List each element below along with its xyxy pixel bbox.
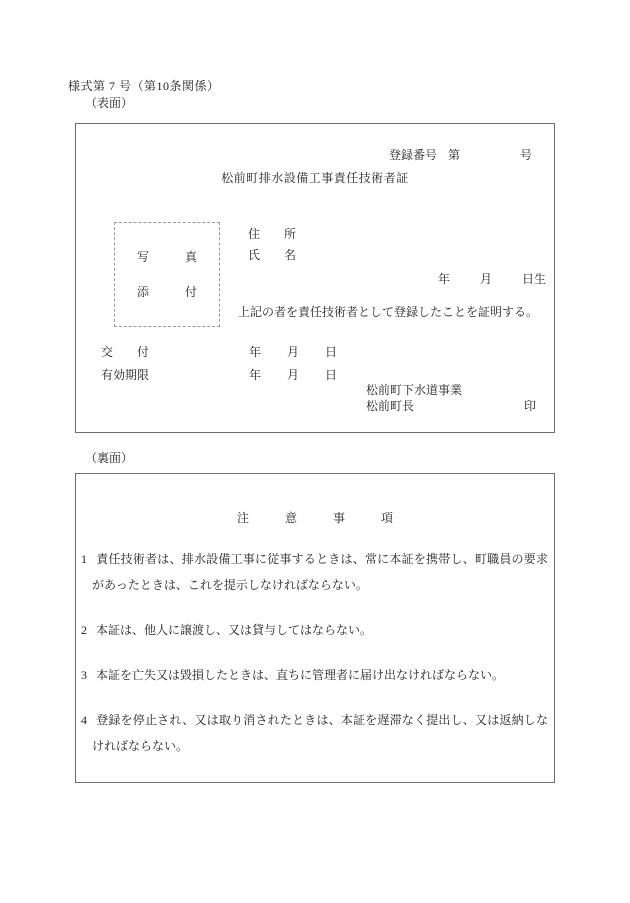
notice-item-2: 2本証は、他人に譲渡し、又は貸与してはならない。 (81, 617, 548, 643)
notice-item-4: 4登録を停止され、又は取り消されたときは、本証を遅滞なく提出し、又は返納しなけれ… (81, 707, 548, 759)
form-number: 様式第 7 号（第10条関係） (68, 78, 220, 94)
issuer-organization: 松前町下水道事業 (366, 382, 536, 398)
front-card: 登録番号 第 号 松前町排水設備工事責任技術者証 写 真 添 付 住 所 氏 名… (75, 123, 555, 433)
photo-label-line1: 写 真 (137, 249, 197, 265)
notice-item-3: 3本証を亡失又は毀損したときは、直ちに管理者に届け出なければならない。 (81, 662, 548, 688)
notice-text: 本証は、他人に譲渡し、又は貸与してはならない。 (96, 623, 372, 637)
expiry-month-label: 月 (287, 367, 299, 383)
expiry-day-label: 日 (325, 367, 337, 383)
front-side-label: （表面） (85, 95, 133, 111)
issue-year-label: 年 (249, 344, 261, 360)
issue-day-label: 日 (325, 344, 337, 360)
certification-statement: 上記の者を責任技術者として登録したことを証明する。 (238, 304, 538, 320)
back-side-label: （裏面） (85, 450, 133, 466)
notice-number: 4 (81, 707, 96, 733)
notice-text: 登録を停止され、又は取り消されたときは、本証を遅滞なく提出し、又は返納しなければ… (92, 713, 548, 753)
registration-number-row: 登録番号 第 号 (389, 147, 532, 163)
issue-month-label: 月 (287, 344, 299, 360)
expiry-label: 有効期限 (101, 367, 249, 383)
issue-label: 交 付 (101, 344, 249, 360)
notice-number: 1 (81, 546, 96, 572)
notice-item-1: 1責任技術者は、排水設備工事に従事するときは、常に本証を携帯し、町職員の要求があ… (81, 546, 548, 598)
notice-text: 責任技術者は、排水設備工事に従事するときは、常に本証を携帯し、町職員の要求があっ… (92, 552, 548, 592)
notices-heading: 注 意 事 項 (76, 510, 554, 526)
seal-mark: 印 (524, 398, 536, 414)
issuer-title: 松前町長 (366, 398, 414, 414)
photo-label-line2: 添 付 (137, 284, 197, 300)
notices-list: 1責任技術者は、排水設備工事に従事するときは、常に本証を携帯し、町職員の要求があ… (81, 546, 548, 778)
photo-attachment-box: 写 真 添 付 (114, 222, 220, 327)
document-page: 様式第 7 号（第10条関係） （表面） 登録番号 第 号 松前町排水設備工事責… (0, 0, 630, 903)
issuer-block: 松前町下水道事業 松前町長 印 (366, 382, 536, 414)
back-card: 注 意 事 項 1責任技術者は、排水設備工事に従事するときは、常に本証を携帯し、… (75, 473, 555, 783)
birth-month-label: 月 (480, 271, 492, 287)
expiry-date-fields: 年 月 日 (249, 367, 337, 383)
birth-year-label: 年 (438, 271, 450, 287)
issuer-signature-row: 松前町長 印 (366, 398, 536, 414)
expiry-year-label: 年 (249, 367, 261, 383)
expiry-date-row: 有効期限 年 月 日 (101, 367, 337, 383)
name-label: 氏 名 (248, 247, 296, 263)
notice-text: 本証を亡失又は毀損したときは、直ちに管理者に届け出なければならない。 (96, 668, 504, 682)
notice-number: 3 (81, 662, 96, 688)
birth-day-label: 日生 (522, 271, 546, 287)
certificate-title: 松前町排水設備工事責任技術者証 (76, 170, 554, 186)
registration-prefix: 第 (448, 147, 460, 163)
registration-suffix: 号 (520, 147, 532, 163)
issue-date-fields: 年 月 日 (249, 344, 337, 360)
address-label: 住 所 (248, 226, 296, 242)
notice-number: 2 (81, 617, 96, 643)
registration-label: 登録番号 (389, 147, 437, 163)
birthdate-row: 年 月 日生 (438, 271, 546, 287)
issue-date-row: 交 付 年 月 日 (101, 344, 337, 360)
